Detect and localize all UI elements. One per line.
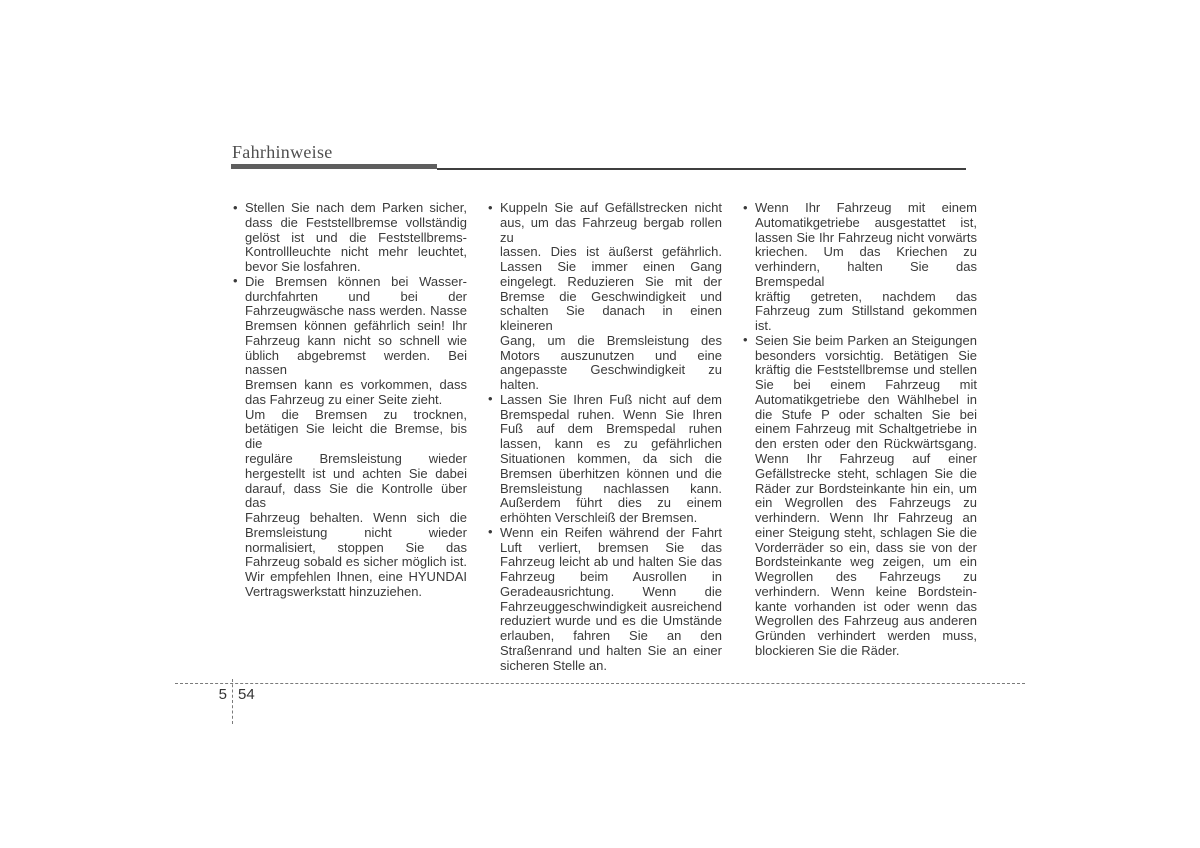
text-column-2: •Kuppeln Sie auf Gefällstrecken nichtaus… xyxy=(487,201,722,674)
text-line: Vertragswerkstatt hinzuziehen. xyxy=(245,585,467,600)
text-line: Fahrzeugwäsche nass werden. Nasse xyxy=(245,304,467,319)
text-line: das Fahrzeug zu einer Seite zieht. xyxy=(245,393,467,408)
text-line: Wegrollen des Fahrzeugs zu xyxy=(755,570,977,585)
text-line: bevor Sie losfahren. xyxy=(245,260,467,275)
text-line: Bremsleistung nicht wieder xyxy=(245,526,467,541)
page-number: 54 xyxy=(238,687,255,703)
text-line: kräftig die Feststellbremse und stellen xyxy=(755,363,977,378)
bullet-icon: • xyxy=(743,333,748,348)
text-line: Sie bei einem Fahrzeug mit xyxy=(755,378,977,393)
text-line: Lassen Sie Ihren Fuß nicht auf dem xyxy=(500,393,722,408)
text-line: verhindern. Wenn keine Bordstein- xyxy=(755,585,977,600)
text-line: Wenn ein Reifen während der Fahrt xyxy=(500,526,722,541)
text-line: Straßenrand und halten Sie an einer xyxy=(500,644,722,659)
bullet-icon: • xyxy=(488,392,493,407)
text-line: Vorderräder so ein, dass sie von der xyxy=(755,541,977,556)
bullet-paragraph: •Wenn ein Reifen während der FahrtLuft v… xyxy=(487,526,722,674)
bullet-icon: • xyxy=(488,525,493,540)
text-line: reduziert wurde und es die Umstände xyxy=(500,614,722,629)
text-line: Lassen Sie immer einen Gang xyxy=(500,260,722,275)
text-column-1: •Stellen Sie nach dem Parken sicher,dass… xyxy=(232,201,467,600)
text-line: Bremsen können gefährlich sein! Ihr xyxy=(245,319,467,334)
text-line: erlauben, fahren Sie an den xyxy=(500,629,722,644)
text-line: verhindern. Wenn Ihr Fahrzeug an xyxy=(755,511,977,526)
text-line: ein Wegrollen des Fahrzeugs zu xyxy=(755,496,977,511)
text-line: hergestellt ist und achten Sie dabei xyxy=(245,467,467,482)
text-line: aus, um das Fahrzeug bergab rollen zu xyxy=(500,216,722,246)
text-line: Wenn Ihr Fahrzeug auf einer xyxy=(755,452,977,467)
text-line: Bremsen überhitzen können und die xyxy=(500,467,722,482)
text-line: schalten Sie danach in einen kleineren xyxy=(500,304,722,334)
text-line: Luft verliert, bremsen Sie das xyxy=(500,541,722,556)
text-line: lassen. Dies ist äußerst gefährlich. xyxy=(500,245,722,260)
bullet-icon: • xyxy=(743,201,748,216)
text-line: Fahrzeug zum Stillstand gekommen xyxy=(755,304,977,319)
text-line: einer Steigung steht, schlagen Sie die xyxy=(755,526,977,541)
text-line: Automatikgetriebe ausgestattet ist, xyxy=(755,216,977,231)
text-line: Um die Bremsen zu trocknen, xyxy=(245,408,467,423)
text-line: den ersten oder den Rückwärtsgang. xyxy=(755,437,977,452)
bullet-paragraph: •Lassen Sie Ihren Fuß nicht auf demBrems… xyxy=(487,393,722,526)
text-line: Fahrzeuggeschwindigkeit ausreichend xyxy=(500,600,722,615)
text-line: Geradeausrichtung. Wenn die xyxy=(500,585,722,600)
text-line: Kontrollleuchte nicht mehr leuchtet, xyxy=(245,245,467,260)
footer-dashed-line xyxy=(175,683,1025,684)
text-line: üblich abgebremst werden. Bei nassen xyxy=(245,349,467,379)
header-rule xyxy=(437,168,966,170)
text-line: Situationen kommen, da sich die xyxy=(500,452,722,467)
text-line: Bremsen kann es vorkommen, dass xyxy=(245,378,467,393)
text-line: gelöst ist und die Feststellbrems- xyxy=(245,231,467,246)
text-column-3: •Wenn Ihr Fahrzeug mit einemAutomatikget… xyxy=(742,201,977,659)
text-line: Wir empfehlen Ihnen, eine HYUNDAI xyxy=(245,570,467,585)
bullet-paragraph: •Wenn Ihr Fahrzeug mit einemAutomatikget… xyxy=(742,201,977,334)
text-line: Seien Sie beim Parken an Steigungen xyxy=(755,334,977,349)
text-line: sicheren Stelle an. xyxy=(500,659,722,674)
text-line: erhöhten Verschleiß der Bremsen. xyxy=(500,511,722,526)
text-line: eingelegt. Reduzieren Sie mit der xyxy=(500,275,722,290)
text-line: kräftig getreten, nachdem das xyxy=(755,290,977,305)
text-line: die Stufe P oder schalten Sie bei xyxy=(755,408,977,423)
text-line: Kuppeln Sie auf Gefällstrecken nicht xyxy=(500,201,722,216)
text-line: Fahrzeug beim Ausrollen in xyxy=(500,570,722,585)
text-line: angepasste Geschwindigkeit zu halten. xyxy=(500,363,722,393)
text-line: Fahrzeug behalten. Wenn sich die xyxy=(245,511,467,526)
text-line: darauf, dass Sie die Kontrolle über das xyxy=(245,482,467,512)
text-line: Wenn Ihr Fahrzeug mit einem xyxy=(755,201,977,216)
text-line: lassen, kann es zu gefährlichen xyxy=(500,437,722,452)
text-line: betätigen Sie leicht die Bremse, bis die xyxy=(245,422,467,452)
bullet-paragraph: •Kuppeln Sie auf Gefällstrecken nichtaus… xyxy=(487,201,722,393)
text-line: Die Bremsen können bei Wasser- xyxy=(245,275,467,290)
text-line: durchfahrten und bei der xyxy=(245,290,467,305)
bullet-paragraph: •Seien Sie beim Parken an Steigungenbeso… xyxy=(742,334,977,659)
text-line: Gefällstrecke steht, schlagen Sie die xyxy=(755,467,977,482)
text-line: lassen Sie Ihr Fahrzeug nicht vorwärts xyxy=(755,231,977,246)
footer-page-divider xyxy=(232,679,233,724)
text-line: normalisiert, stoppen Sie das xyxy=(245,541,467,556)
chapter-number: 5 xyxy=(190,687,227,703)
text-line: Räder zur Bordsteinkante hin ein, um xyxy=(755,482,977,497)
text-line: einem Fahrzeug mit Schaltgetriebe in xyxy=(755,422,977,437)
text-line: Gang, um die Bremsleistung des xyxy=(500,334,722,349)
bullet-paragraph: •Die Bremsen können bei Wasser-durchfahr… xyxy=(232,275,467,408)
manual-page: Fahrhinweise •Stellen Sie nach dem Parke… xyxy=(0,0,1200,848)
text-line: dass die Feststellbremse vollständig xyxy=(245,216,467,231)
text-line: ist. xyxy=(755,319,977,334)
text-line: Fahrzeug sobald es sicher möglich ist. xyxy=(245,555,467,570)
text-line: Automatikgetriebe den Wählhebel in xyxy=(755,393,977,408)
text-line: blockieren Sie die Räder. xyxy=(755,644,977,659)
text-line: Fuß auf dem Bremspedal ruhen xyxy=(500,422,722,437)
text-line: Bremsleistung nachlassen kann. xyxy=(500,482,722,497)
text-line: Wegrollen des Fahrzeug aus anderen xyxy=(755,614,977,629)
text-line: Außerdem führt dies zu einem xyxy=(500,496,722,511)
bullet-icon: • xyxy=(233,274,238,289)
text-line: Stellen Sie nach dem Parken sicher, xyxy=(245,201,467,216)
text-line: Bremse die Geschwindigkeit und xyxy=(500,290,722,305)
text-line: Bordsteinkante weg zeigen, um ein xyxy=(755,555,977,570)
bullet-paragraph: •Stellen Sie nach dem Parken sicher,dass… xyxy=(232,201,467,275)
continuation-paragraph: Um die Bremsen zu trocknen,betätigen Sie… xyxy=(232,408,467,600)
bullet-icon: • xyxy=(488,201,493,216)
text-line: besonders vorsichtig. Betätigen Sie xyxy=(755,349,977,364)
text-line: kriechen. Um das Kriechen zu xyxy=(755,245,977,260)
text-line: verhindern, halten Sie das Bremspedal xyxy=(755,260,977,290)
text-line: Fahrzeug leicht ab und halten Sie das xyxy=(500,555,722,570)
bullet-icon: • xyxy=(233,201,238,216)
text-line: Bremspedal ruhen. Wenn Sie Ihren xyxy=(500,408,722,423)
page-title: Fahrhinweise xyxy=(232,142,333,162)
text-line: Fahrzeug kann nicht so schnell wie xyxy=(245,334,467,349)
text-line: kante vorhanden ist oder wenn das xyxy=(755,600,977,615)
text-line: Gründen verhindert werden muss, xyxy=(755,629,977,644)
header-bar xyxy=(231,164,437,169)
text-line: Motors auszunutzen und eine xyxy=(500,349,722,364)
text-line: reguläre Bremsleistung wieder xyxy=(245,452,467,467)
